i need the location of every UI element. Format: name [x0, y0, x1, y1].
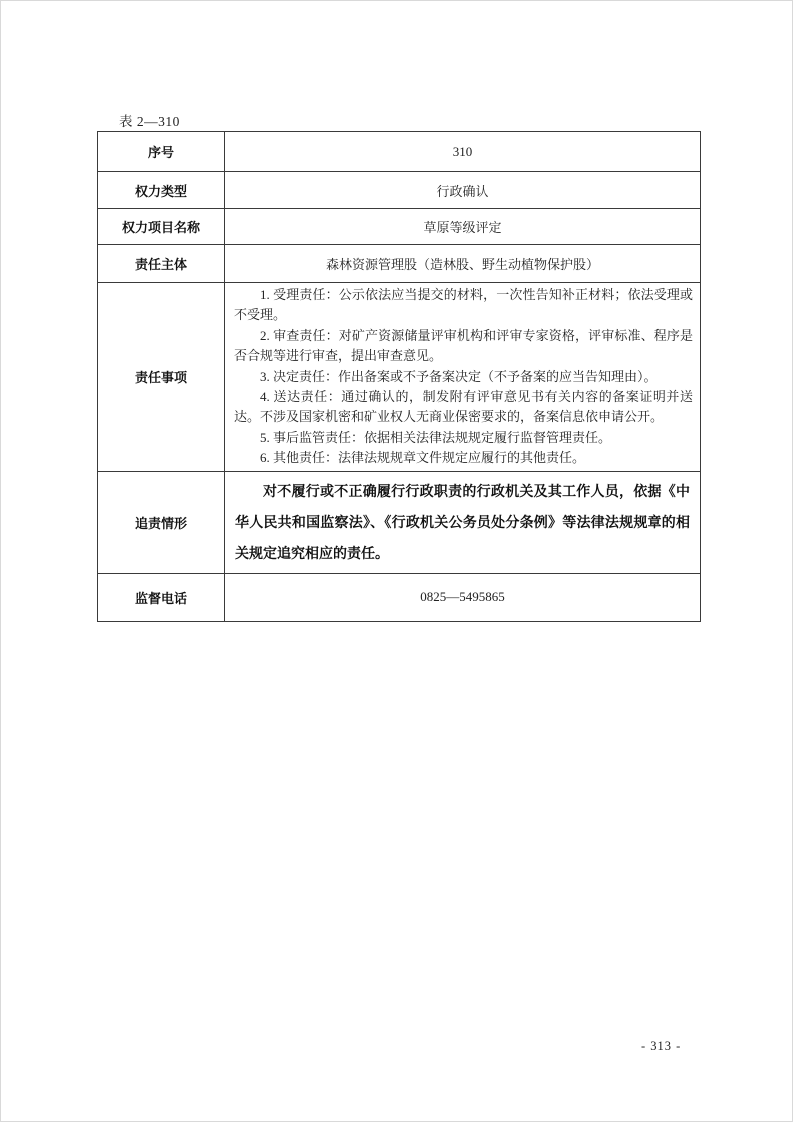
- row-label-power-item-name: 权力项目名称: [98, 209, 225, 245]
- row-value-power-type: 行政确认: [225, 172, 701, 209]
- row-value-responsible-subject: 森林资源管理股（造林股、野生动植物保护股）: [225, 245, 701, 283]
- table-row: 责任主体 森林资源管理股（造林股、野生动植物保护股）: [98, 245, 701, 283]
- row-label-sequence-number: 序号: [98, 132, 225, 172]
- duty-item: 3. 决定责任：作出备案或不予备案决定（不予备案的应当告知理由）。: [234, 367, 693, 387]
- table-row: 权力类型 行政确认: [98, 172, 701, 209]
- row-label-power-type: 权力类型: [98, 172, 225, 209]
- row-label-responsibility-items: 责任事项: [98, 283, 225, 472]
- row-label-supervision-phone: 监督电话: [98, 573, 225, 621]
- row-value-supervision-phone: 0825—5495865: [225, 573, 701, 621]
- table-row: 序号 310: [98, 132, 701, 172]
- duty-item: 4. 送达责任：通过确认的，制发附有评审意见书有关内容的备案证明并送达。不涉及国…: [234, 387, 693, 428]
- duty-item: 2. 审查责任：对矿产资源储量评审机构和评审专家资格，评审标准、程序是否合规等进…: [234, 326, 693, 367]
- table-row: 追责情形 对不履行或不正确履行行政职责的行政机关及其工作人员，依据《中华人民共和…: [98, 471, 701, 573]
- duty-item: 5. 事后监管责任：依据相关法律法规规定履行监督管理责任。: [234, 428, 693, 448]
- duty-item: 6. 其他责任：法律法规规章文件规定应履行的其他责任。: [234, 448, 693, 468]
- table-row: 监督电话 0825—5495865: [98, 573, 701, 621]
- table-caption: 表 2—310: [119, 110, 180, 130]
- row-value-responsibility-items: 1. 受理责任：公示依法应当提交的材料，一次性告知补正材料；依法受理或不受理。2…: [225, 283, 701, 472]
- power-responsibility-table: 序号 310 权力类型 行政确认 权力项目名称 草原等级评定 责任主体 森林资源…: [97, 131, 701, 622]
- table-row: 责任事项 1. 受理责任：公示依法应当提交的材料，一次性告知补正材料；依法受理或…: [98, 283, 701, 472]
- row-label-accountability-circumstances: 追责情形: [98, 471, 225, 573]
- row-value-sequence-number: 310: [225, 132, 701, 172]
- accountability-paragraph: 对不履行或不正确履行行政职责的行政机关及其工作人员，依据《中华人民共和国监察法》…: [235, 476, 690, 569]
- page-number: - 313 -: [641, 1039, 681, 1054]
- document-page: 表 2—310 序号 310 权力类型 行政确认 权力项目名称 草原等级评定 责…: [0, 0, 793, 1122]
- row-label-responsible-subject: 责任主体: [98, 245, 225, 283]
- row-value-accountability-circumstances: 对不履行或不正确履行行政职责的行政机关及其工作人员，依据《中华人民共和国监察法》…: [225, 471, 701, 573]
- row-value-power-item-name: 草原等级评定: [225, 209, 701, 245]
- table-row: 权力项目名称 草原等级评定: [98, 209, 701, 245]
- duty-item: 1. 受理责任：公示依法应当提交的材料，一次性告知补正材料；依法受理或不受理。: [234, 285, 693, 326]
